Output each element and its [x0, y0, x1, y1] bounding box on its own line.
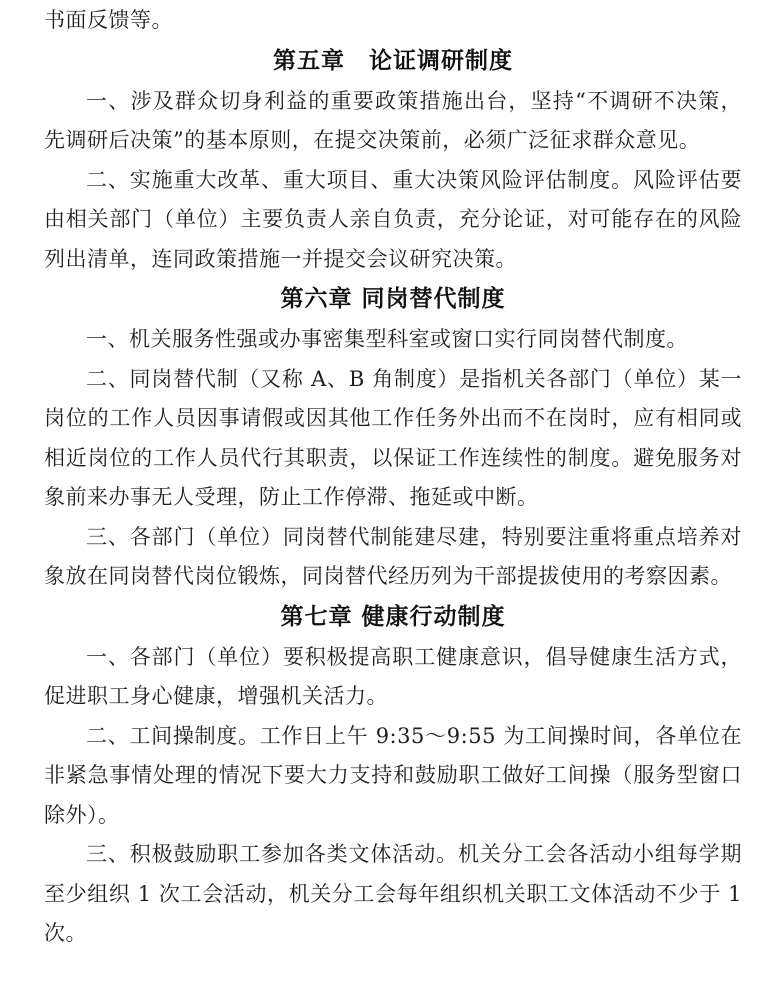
- document-page: 书面反馈等。 第五章 论证调研制度 一、涉及群众切身利益的重要政策措施出台，坚持…: [0, 0, 784, 993]
- chapter-7-paragraph-3: 三、积极鼓励职工参加各类文体活动。机关分工会各活动小组每学期至少组织 1 次工会…: [44, 835, 742, 954]
- chapter-7-paragraph-1: 一、各部门（单位）要积极提高职工健康意识，倡导健康生活方式，促进职工身心健康，增…: [44, 638, 742, 717]
- chapter-5-paragraph-1: 一、涉及群众切身利益的重要政策措施出台，坚持“不调研不决策，先调研后决策”的基本…: [44, 82, 742, 161]
- chapter-5-paragraph-2: 二、实施重大改革、重大项目、重大决策风险评估制度。风险评估要由相关部门（单位）主…: [44, 161, 742, 280]
- chapter-6-paragraph-2: 二、同岗替代制（又称 A、B 角制度）是指机关各部门（单位）某一岗位的工作人员因…: [44, 360, 742, 518]
- chapter-6-heading: 第六章 同岗替代制度: [44, 279, 742, 320]
- chapter-6-paragraph-3: 三、各部门（单位）同岗替代制能建尽建，特别要注重将重点培养对象放在同岗替代岗位锻…: [44, 518, 742, 597]
- chapter-7-paragraph-2: 二、工间操制度。工作日上午 9:35～9:55 为工间操时间，各单位在非紧急事情…: [44, 717, 742, 836]
- chapter-7-heading: 第七章 健康行动制度: [44, 597, 742, 638]
- chapter-6-paragraph-1: 一、机关服务性强或办事密集型科室或窗口实行同岗替代制度。: [44, 320, 742, 360]
- paragraph-continuation: 书面反馈等。: [44, 1, 742, 41]
- chapter-5-heading: 第五章 论证调研制度: [44, 41, 742, 82]
